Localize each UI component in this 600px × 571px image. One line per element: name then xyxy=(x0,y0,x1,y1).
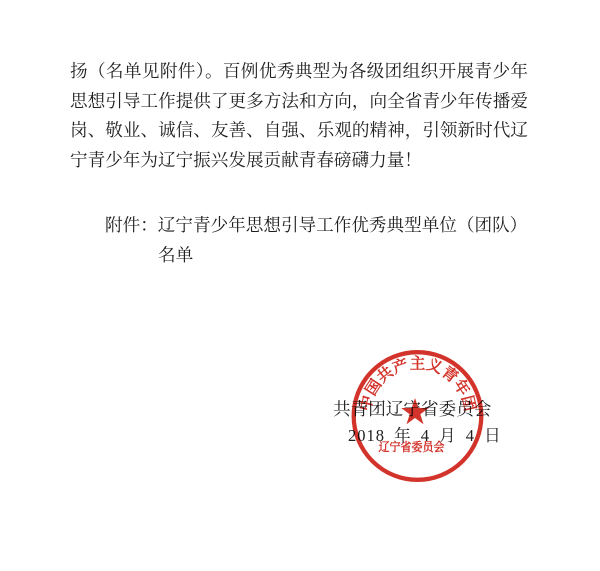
document-page: 扬（名单见附件）。百例优秀典型为各级团组织开展青少年思想引导工作提供了更多方法和… xyxy=(0,0,600,571)
seal-star-icon xyxy=(401,398,429,424)
seal-ring-text: 中国共产主义青年团 xyxy=(356,354,480,413)
attachment-note-line2: 名单 xyxy=(158,241,193,271)
official-seal: 中国共产主义青年团 辽宁省委员会 xyxy=(337,336,498,497)
body-paragraph: 扬（名单见附件）。百例优秀典型为各级团组织开展青少年思想引导工作提供了更多方法和… xyxy=(70,57,528,176)
attachment-note-line1: 附件：辽宁青少年思想引导工作优秀典型单位（团队） xyxy=(105,211,527,241)
seal-ring-char: 主 xyxy=(410,354,426,373)
seal-bottom-text: 辽宁省委员会 xyxy=(379,439,445,454)
